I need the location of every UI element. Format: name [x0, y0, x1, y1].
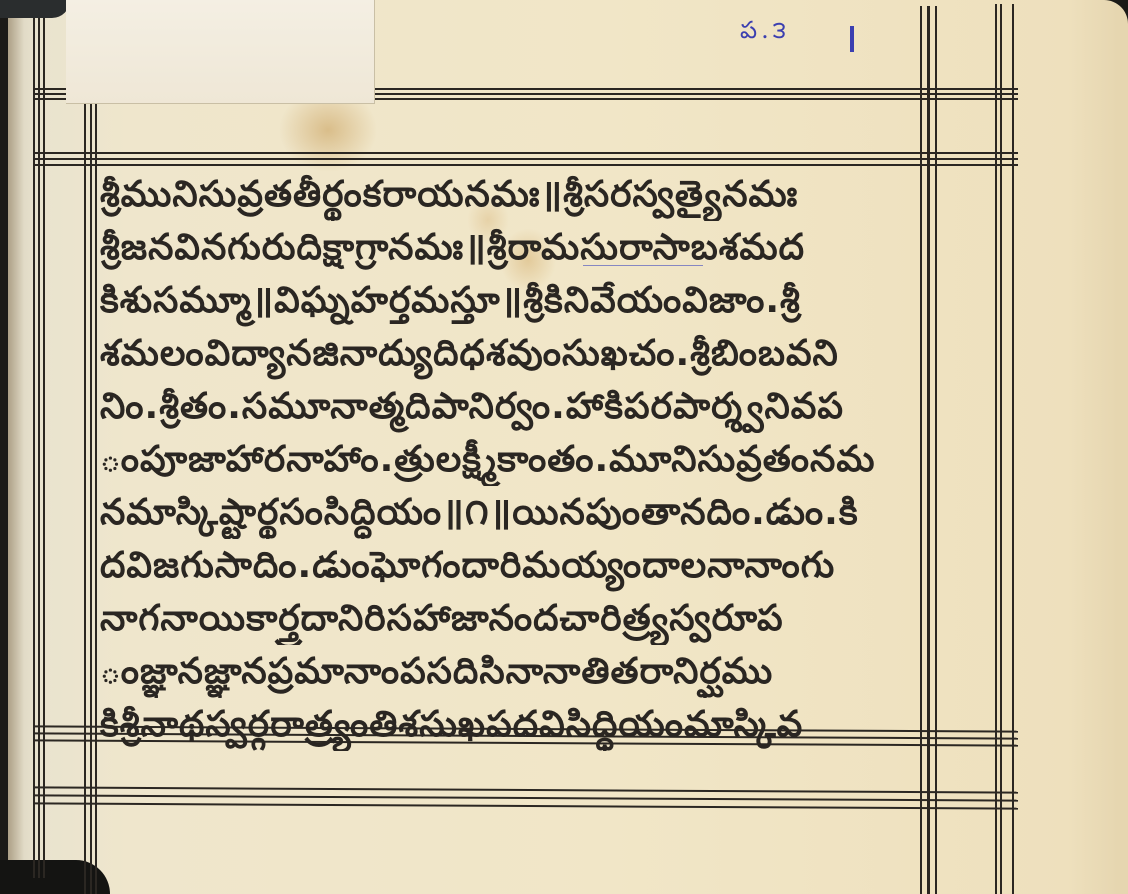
- blue-underline-mark: [583, 265, 703, 266]
- border-rule-right-outer-1: [995, 4, 997, 894]
- border-rule-left-outer-2: [38, 18, 40, 878]
- text-line: నాగనాయికార్త్రదానిరిసహాజానందచారిత్ర్యస్వ…: [100, 592, 930, 645]
- text-line: ంపూజాహారనాహాం.త్రులక్ష్మీకాంతం.మూనిసువ్ర…: [100, 433, 930, 486]
- border-rule-right-inner-3: [935, 6, 937, 894]
- text-line: శ్రీమునిసువ్రతతీర్థంకరాయనమః॥శ్రీసరస్వత్య…: [100, 168, 930, 221]
- border-rule-left-inner-3: [95, 103, 97, 894]
- text-line: ంజ్ఞానజ్ఞానప్రమానాంపసదిసినానాతితరానిర్ఘమ…: [100, 645, 930, 698]
- border-rule-top-inner-2: [33, 158, 1018, 160]
- manuscript-text-block: శ్రీమునిసువ్రతతీర్థంకరాయనమః॥శ్రీసరస్వత్య…: [100, 168, 930, 751]
- border-rule-left-outer-1: [33, 18, 35, 878]
- border-rule-right-outer-3: [1012, 4, 1014, 894]
- pasted-paper-slip: [66, 0, 375, 104]
- folio-number: ప.౩: [740, 16, 790, 50]
- background-corner-top-left: [0, 0, 70, 18]
- border-rule-right-outer-2: [1000, 4, 1002, 894]
- text-line: శమలంవిద్యానజినాద్యుదిధశవుంసుఖచం.శ్రీబింబ…: [100, 327, 930, 380]
- border-rule-top-inner-3: [33, 164, 1018, 166]
- background-corner-bottom-left: [0, 860, 110, 894]
- border-rule-left-inner-1: [84, 103, 86, 894]
- text-line: శ్రీజనవినగురుదిక్షాగ్రానమః॥శ్రీరామసురాసా…: [100, 221, 930, 274]
- folio-mark: [850, 26, 854, 52]
- text-line: నమాస్కిష్టార్థసంసిద్ధియం॥౧॥యినపుంతానదిం.…: [100, 486, 930, 539]
- binding-shadow: [8, 0, 24, 894]
- border-rule-top-inner-1: [33, 152, 1018, 154]
- border-rule-left-outer-3: [43, 18, 45, 878]
- border-rule-left-inner-2: [90, 103, 92, 894]
- text-line: కిశ్రీనాథస్వర్గరాత్ర్యంతిశసుఖపదవిసిద్ధియ…: [100, 698, 930, 751]
- text-line: దవిజగుసాదిం.డుంఘోగందారిమయ్యందాలనానాంగు: [100, 539, 930, 592]
- text-line: కిశుసమ్మూ॥విఘ్నహర్తమస్తూ॥శ్రీకినివేయంవిజ…: [100, 274, 930, 327]
- text-line: నిం.శ్రీతం.సమూనాత్మదిపానిర్వం.హాకిపరపార్…: [100, 380, 930, 433]
